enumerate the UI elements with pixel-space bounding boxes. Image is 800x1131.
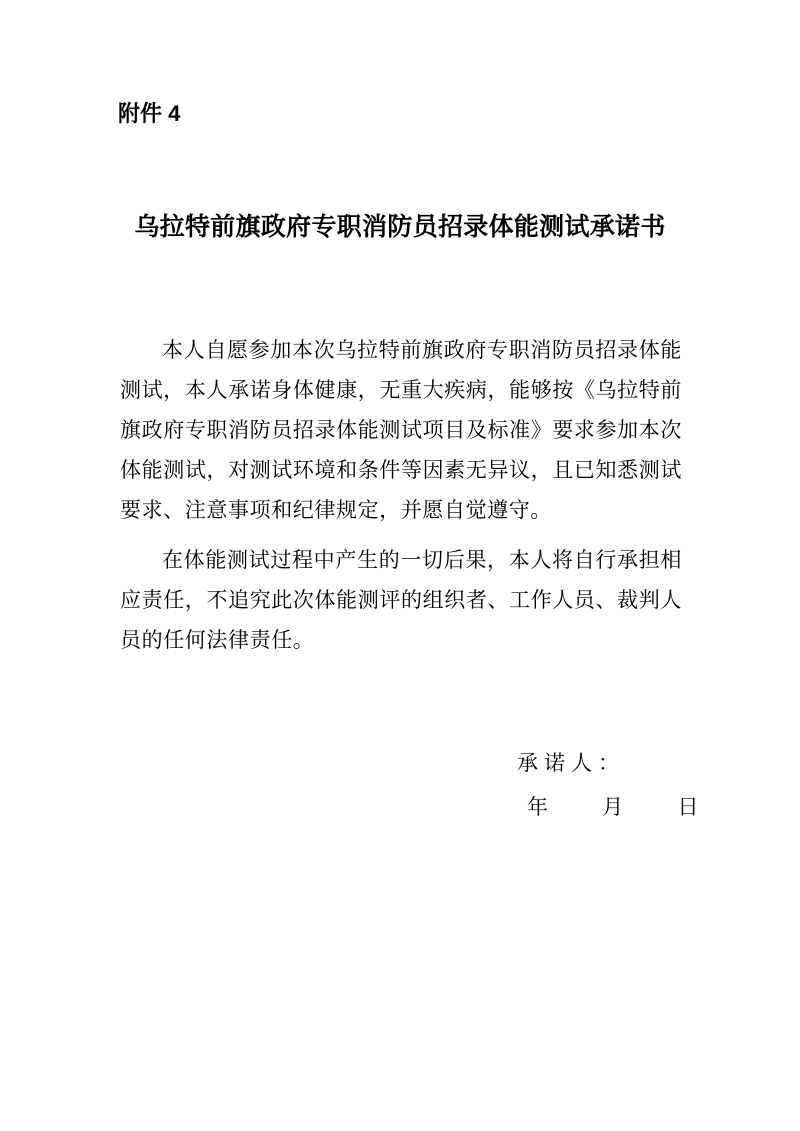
paragraph-liability: 在体能测试过程中产生的一切后果，本人将自行承担相应责任，不追究此次体能测评的组织… <box>120 540 682 660</box>
document-page: 附件 4 乌拉特前旗政府专职消防员招录体能测试承诺书 本人自愿参加本次乌拉特前旗… <box>0 0 800 1131</box>
document-body: 本人自愿参加本次乌拉特前旗政府专职消防员招录体能测试，本人承诺身体健康，无重大疾… <box>120 330 682 670</box>
date-month-label: 月 <box>602 795 623 819</box>
promisor-label: 承诺人： <box>517 748 625 778</box>
date-day-label: 日 <box>678 795 699 819</box>
attachment-label: 附件 4 <box>118 100 180 128</box>
date-line: 年 月 日 <box>527 792 699 822</box>
paragraph-commitment: 本人自愿参加本次乌拉特前旗政府专职消防员招录体能测试，本人承诺身体健康，无重大疾… <box>120 330 682 530</box>
date-year-label: 年 <box>527 795 548 819</box>
document-title: 乌拉特前旗政府专职消防员招录体能测试承诺书 <box>0 210 800 244</box>
